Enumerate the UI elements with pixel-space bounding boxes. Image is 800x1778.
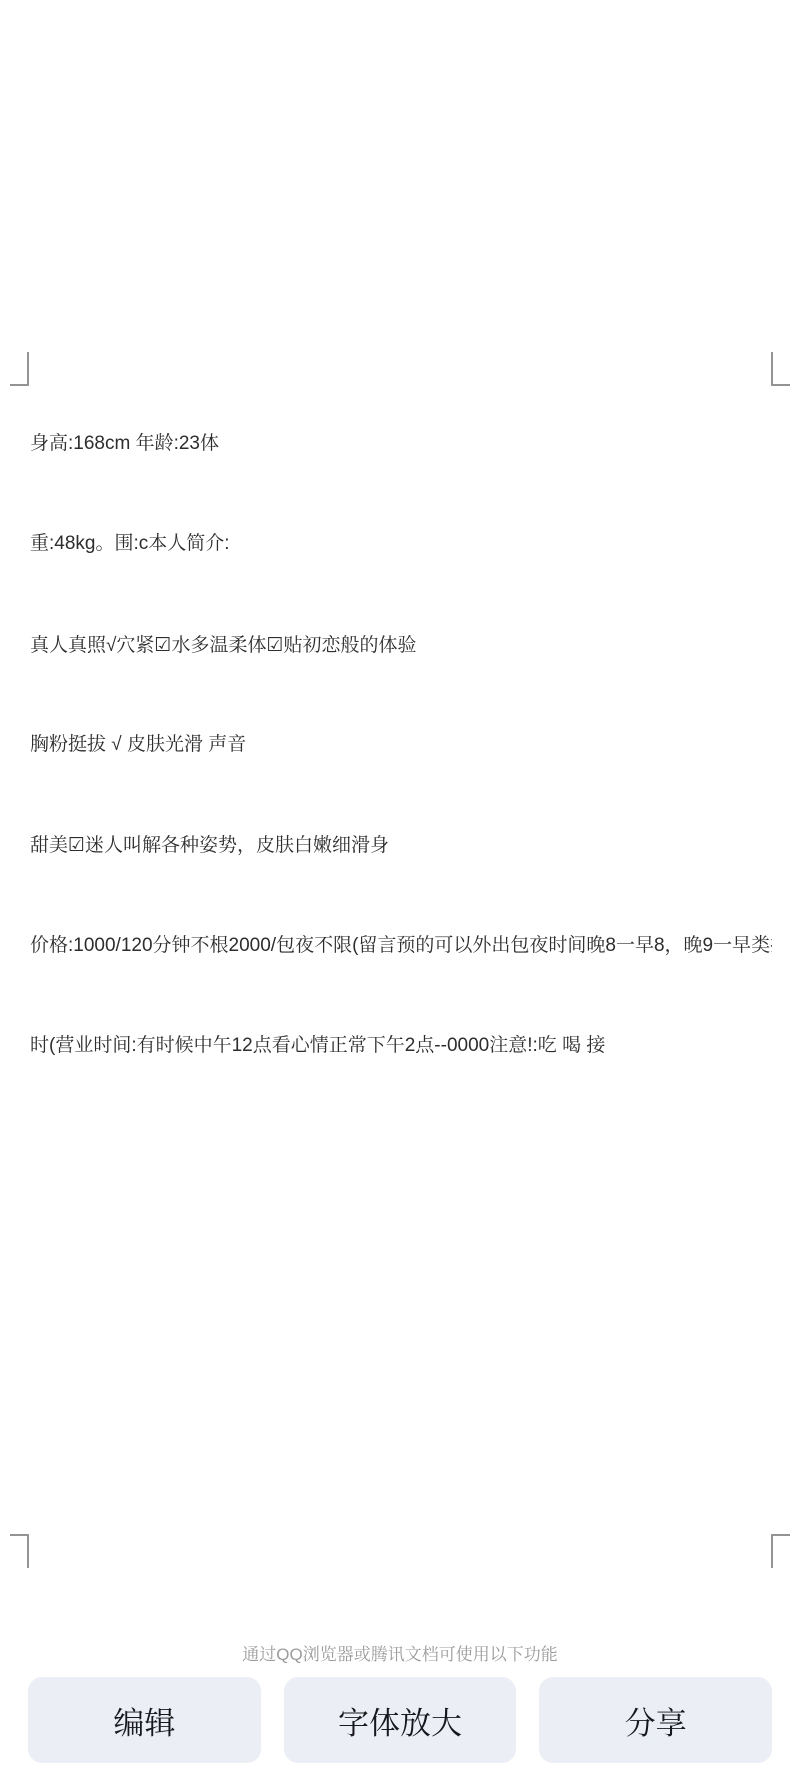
- doc-paragraph: 身高:168cm 年龄:23体: [30, 428, 772, 455]
- doc-paragraph: 时(营业时间:有时候中午12点看心情正常下午2点--0000注意!:吃 喝 接: [30, 1030, 772, 1057]
- page-margin-mark-bottom-left: [10, 1534, 29, 1568]
- font-enlarge-button[interactable]: 字体放大: [284, 1677, 517, 1763]
- footer-action-bar: 编辑 字体放大 分享: [0, 1677, 800, 1763]
- doc-paragraph: 甜美☑迷人叫解各种姿势，皮肤白嫩细滑身: [30, 830, 772, 857]
- page-margin-mark-bottom-right: [771, 1534, 790, 1568]
- page-margin-mark-top-right: [771, 352, 790, 386]
- document-page[interactable]: 身高:168cm 年龄:23体 重:48kg。围:c本人简介: 真人真照√穴紧☑…: [0, 0, 800, 1778]
- doc-paragraph: 胸粉挺拔 √ 皮肤光滑 声音: [30, 729, 772, 756]
- doc-paragraph: 重:48kg。围:c本人简介:: [30, 528, 772, 555]
- document-viewer-screen: 11:45 T: [0, 0, 800, 1778]
- doc-paragraph: 真人真照√穴紧☑水多温柔体☑贴初恋般的体验: [30, 630, 772, 657]
- page-margin-mark-top-left: [10, 352, 29, 386]
- footer-hint-text: 通过QQ浏览器或腾讯文档可使用以下功能: [0, 1640, 800, 1665]
- share-button[interactable]: 分享: [539, 1677, 772, 1763]
- edit-button[interactable]: 编辑: [28, 1677, 261, 1763]
- doc-paragraph: 价格:1000/120分钟不根2000/包夜不限(留言预的可以外出包夜时间晚8一…: [30, 930, 772, 957]
